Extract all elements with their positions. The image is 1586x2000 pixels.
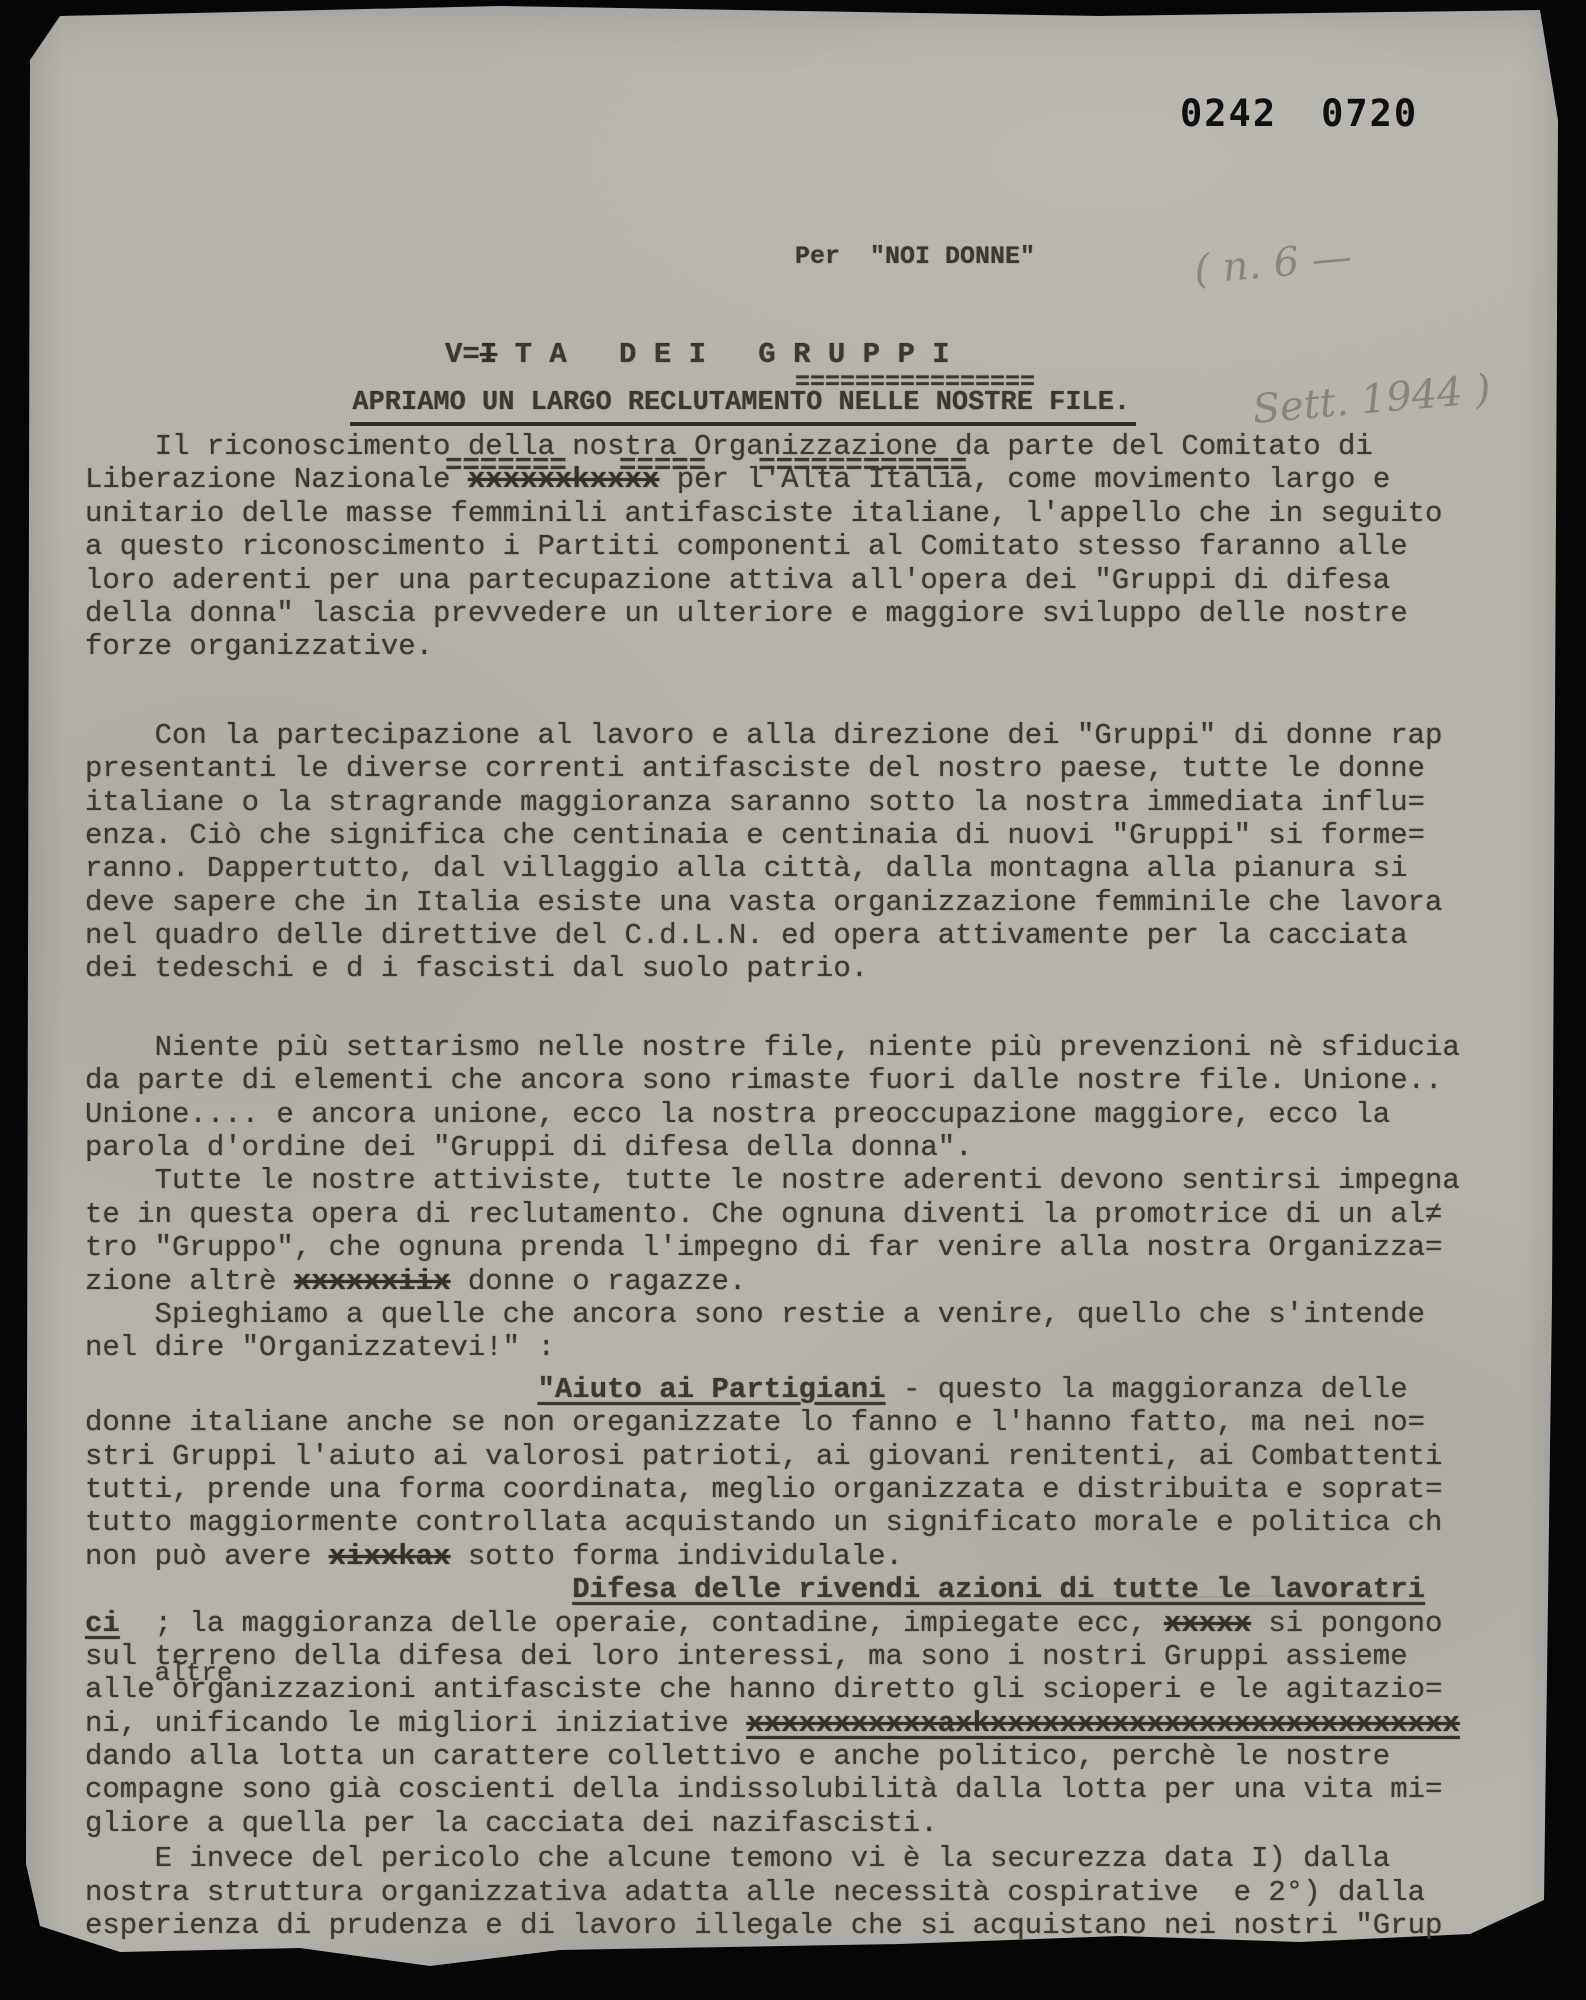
document-line: Spieghiamo a quelle che ancora sono rest… xyxy=(85,1298,1460,1331)
document-line: Il riconoscimento della nostra Organizza… xyxy=(85,430,1460,463)
headline-block: APRIAMO UN LARGO RECLUTAMENTO NELLE NOST… xyxy=(318,358,1136,426)
text-segment: enza. Ciò che significa che centinaia e … xyxy=(85,819,1425,852)
document-line: deve sapere che in Italia esiste una vas… xyxy=(85,886,1460,919)
text-segment: donne o ragazze. xyxy=(450,1265,746,1298)
stamp-number-right: 0720 xyxy=(1321,92,1418,135)
text-segment: Spieghiamo a quelle che ancora sono rest… xyxy=(85,1298,1425,1331)
document-line: a questo riconoscimento i Partiti compon… xyxy=(85,530,1460,563)
document-line: Con la partecipazione al lavoro e alla d… xyxy=(85,719,1460,752)
paragraph: Il riconoscimento della nostra Organizza… xyxy=(85,430,1460,664)
text-segment: sul terreno della difesa dei loro intere… xyxy=(85,1640,1408,1673)
document-line: loro aderenti per una partecupazione att… xyxy=(85,564,1460,597)
document-line: nel dire "Organizzatevi!" : xyxy=(85,1331,1460,1364)
text-segment: zione altrè xyxy=(85,1265,294,1298)
text-segment: te in questa opera di reclutamento. Che … xyxy=(85,1198,1442,1231)
document-line: Difesa delle rivendi azioni di tutte le … xyxy=(85,1573,1460,1606)
text-segment: gliore a quella per la cacciata dei nazi… xyxy=(85,1807,938,1840)
document-line: non può avere xixxkax sotto forma indivi… xyxy=(85,1540,1460,1573)
text-segment: esperienza di prudenza e di lavoro illeg… xyxy=(85,1909,1442,1942)
document-line: donne italiane anche se non oreganizzate… xyxy=(85,1406,1460,1439)
document-line: dei tedeschi e d i fascisti dal suolo pa… xyxy=(85,952,1460,985)
text-segment: Liberazione Nazionale xyxy=(85,463,468,496)
text-segment: ni, unificando le migliori iniziative xyxy=(85,1707,746,1740)
headline: APRIAMO UN LARGO RECLUTAMENTO NELLE NOST… xyxy=(350,388,1136,426)
text-segment: donne italiane anche se non oreganizzate… xyxy=(85,1406,1425,1439)
text-segment: alle xyxy=(85,1673,155,1706)
text-segment xyxy=(85,1373,537,1406)
document-line: esperienza di prudenza e di lavoro illeg… xyxy=(85,1909,1460,1942)
text-segment xyxy=(85,1573,572,1606)
document-line: Unione.... e ancora unione, ecco la nost… xyxy=(85,1098,1460,1131)
text-segment: compagne sono già coscienti della indiss… xyxy=(85,1773,1442,1806)
text-segment: ranno. Dappertutto, dal villaggio alla c… xyxy=(85,852,1408,885)
document-line: ci ; la maggioranza delle operaie, conta… xyxy=(85,1607,1460,1640)
paragraph: "Aiuto ai Partigiani - questo la maggior… xyxy=(85,1373,1460,1573)
document-line: tro "Gruppo", che ognuna prenda l'impegn… xyxy=(85,1231,1460,1264)
text-segment-su: xxxxxxxxxxxaxkxxxxxxxxxxxxxxxxxxxxxxxxxx… xyxy=(746,1707,1460,1740)
document-line: nel quadro delle direttive del C.d.L.N. … xyxy=(85,919,1460,952)
text-segment-s: xxxxxxiix xyxy=(294,1265,451,1298)
document-line: enza. Ciò che significa che centinaia e … xyxy=(85,819,1460,852)
stamp-number-left: 0242 xyxy=(1180,92,1277,135)
paragraph: Difesa delle rivendi azioni di tutte le … xyxy=(85,1573,1460,1840)
text-segment: non può avere xyxy=(85,1540,329,1573)
document-line: Liberazione Nazionale xxxxxxkxxxx per l'… xyxy=(85,463,1460,496)
document-line: dando alla lotta un carattere collettivo… xyxy=(85,1740,1460,1773)
document-line: nostra struttura organizzativa adatta al… xyxy=(85,1876,1460,1909)
document-line: Niente più settarismo nelle nostre file,… xyxy=(85,1031,1460,1064)
text-segment: dei tedeschi e d i fascisti dal suolo pa… xyxy=(85,952,868,985)
archive-stamp: 0242 0720 xyxy=(1180,92,1418,135)
document-line: E invece del pericolo che alcune temono … xyxy=(85,1842,1460,1875)
document-line: zione altrè xxxxxxiix donne o ragazze. xyxy=(85,1265,1460,1298)
document-line: gliore a quella per la cacciata dei nazi… xyxy=(85,1807,1460,1840)
text-segment: tro "Gruppo", che ognuna prenda l'impegn… xyxy=(85,1231,1442,1264)
paragraph: Tutte le nostre attiviste, tutte le nost… xyxy=(85,1164,1460,1364)
document-line: Tutte le nostre attiviste, tutte le nost… xyxy=(85,1164,1460,1197)
text-segment: si pongono xyxy=(1251,1607,1442,1640)
text-segment: Unione.... e ancora unione, ecco la nost… xyxy=(85,1098,1390,1131)
text-segment: per l'Alta Italia, come movimento largo … xyxy=(659,463,1390,496)
text-segment: - questo la maggioranza delle xyxy=(886,1373,1408,1406)
text-segment: nostra struttura organizzativa adatta al… xyxy=(85,1876,1425,1909)
text-segment: italiane o la stragrande maggioranza sar… xyxy=(85,786,1425,819)
text-segment: parola d'ordine dei "Gruppi di difesa de… xyxy=(85,1131,973,1164)
text-segment: deve sapere che in Italia esiste una vas… xyxy=(85,886,1442,919)
document-line: della donna" lascia prevvedere un ulteri… xyxy=(85,597,1460,630)
pencil-annotation-line2: Sett. 1944 ) xyxy=(1251,365,1493,434)
document-line: parola d'ordine dei "Gruppi di difesa de… xyxy=(85,1131,1460,1164)
text-segment: nel dire "Organizzatevi!" : xyxy=(85,1331,555,1364)
text-segment: organizzazioni antifasciste che hanno di… xyxy=(155,1673,1443,1706)
text-segment: da parte di elementi che ancora sono rim… xyxy=(85,1064,1442,1097)
paragraph: Niente più settarismo nelle nostre file,… xyxy=(85,1031,1460,1165)
document-line: stri Gruppi l'aiuto ai valorosi patrioti… xyxy=(85,1440,1460,1473)
paragraph: Con la partecipazione al lavoro e alla d… xyxy=(85,719,1460,986)
document-line: unitario delle masse femminili antifasci… xyxy=(85,497,1460,530)
document-line: "Aiuto ai Partigiani - questo la maggior… xyxy=(85,1373,1460,1406)
text-segment: loro aderenti per una partecupazione att… xyxy=(85,564,1390,597)
text-segment: ; la maggioranza delle operaie, contadin… xyxy=(120,1607,1164,1640)
document-line: ni, unificando le migliori iniziative xx… xyxy=(85,1707,1460,1740)
document-line: tutto maggiormente controllata acquistan… xyxy=(85,1506,1460,1539)
text-segment: della donna" lascia prevvedere un ulteri… xyxy=(85,597,1408,630)
text-segment: tutto maggiormente controllata acquistan… xyxy=(85,1506,1442,1539)
document-line: presentanti le diverse correnti antifasc… xyxy=(85,752,1460,785)
text-segment: a questo riconoscimento i Partiti compon… xyxy=(85,530,1408,563)
document-line: ranno. Dappertutto, dal villaggio alla c… xyxy=(85,852,1460,885)
text-segment-s: xxxxx xyxy=(1164,1607,1251,1640)
text-segment: Niente più settarismo nelle nostre file,… xyxy=(85,1031,1460,1064)
text-segment: Il riconoscimento della nostra Organizza… xyxy=(85,430,1373,463)
text-segment-s: xixxkax xyxy=(329,1540,451,1573)
document-line: sul terreno della difesa dei loro intere… xyxy=(85,1640,1460,1673)
text-segment: dando alla lotta un carattere collettivo… xyxy=(85,1740,1390,1773)
pencil-annotation-line1: ( n. 6 — xyxy=(1192,222,1480,295)
text-segment: tutti, prende una forma coordinata, megl… xyxy=(85,1473,1442,1506)
text-segment-u: ci xyxy=(85,1607,120,1640)
document-line: te in questa opera di reclutamento. Che … xyxy=(85,1198,1460,1231)
text-segment: E invece del pericolo che alcune temono … xyxy=(85,1842,1390,1875)
scanned-document-page: { "scan": { "stamp_left": "0242", "stamp… xyxy=(0,0,1586,2000)
document-line: tutti, prende una forma coordinata, megl… xyxy=(85,1473,1460,1506)
text-segment-u: "Aiuto ai Partigiani xyxy=(537,1373,885,1406)
text-segment: unitario delle masse femminili antifasci… xyxy=(85,497,1442,530)
text-segment-u: Difesa delle rivendi azioni di tutte le … xyxy=(572,1573,1425,1606)
text-segment: presentanti le diverse correnti antifasc… xyxy=(85,752,1425,785)
document-line: da parte di elementi che ancora sono rim… xyxy=(85,1064,1460,1097)
text-segment: Tutte le nostre attiviste, tutte le nost… xyxy=(85,1164,1460,1197)
document-line: allealtre organizzazioni antifasciste ch… xyxy=(85,1673,1460,1706)
document-line: forze organizzative. xyxy=(85,630,1460,663)
text-segment-s: xxxxxxkxxxx xyxy=(468,463,659,496)
text-segment: stri Gruppi l'aiuto ai valorosi patrioti… xyxy=(85,1440,1442,1473)
document-line: italiane o la stragrande maggioranza sar… xyxy=(85,786,1460,819)
document-line: compagne sono già coscienti della indiss… xyxy=(85,1773,1460,1806)
document-body: Il riconoscimento della nostra Organizza… xyxy=(85,430,1460,1942)
text-segment: sotto forma individulale. xyxy=(450,1540,902,1573)
paragraph: E invece del pericolo che alcune temono … xyxy=(85,1842,1460,1942)
text-segment: nel quadro delle direttive del C.d.L.N. … xyxy=(85,919,1408,952)
text-segment: forze organizzative. xyxy=(85,630,433,663)
text-segment: Con la partecipazione al lavoro e alla d… xyxy=(85,719,1442,752)
